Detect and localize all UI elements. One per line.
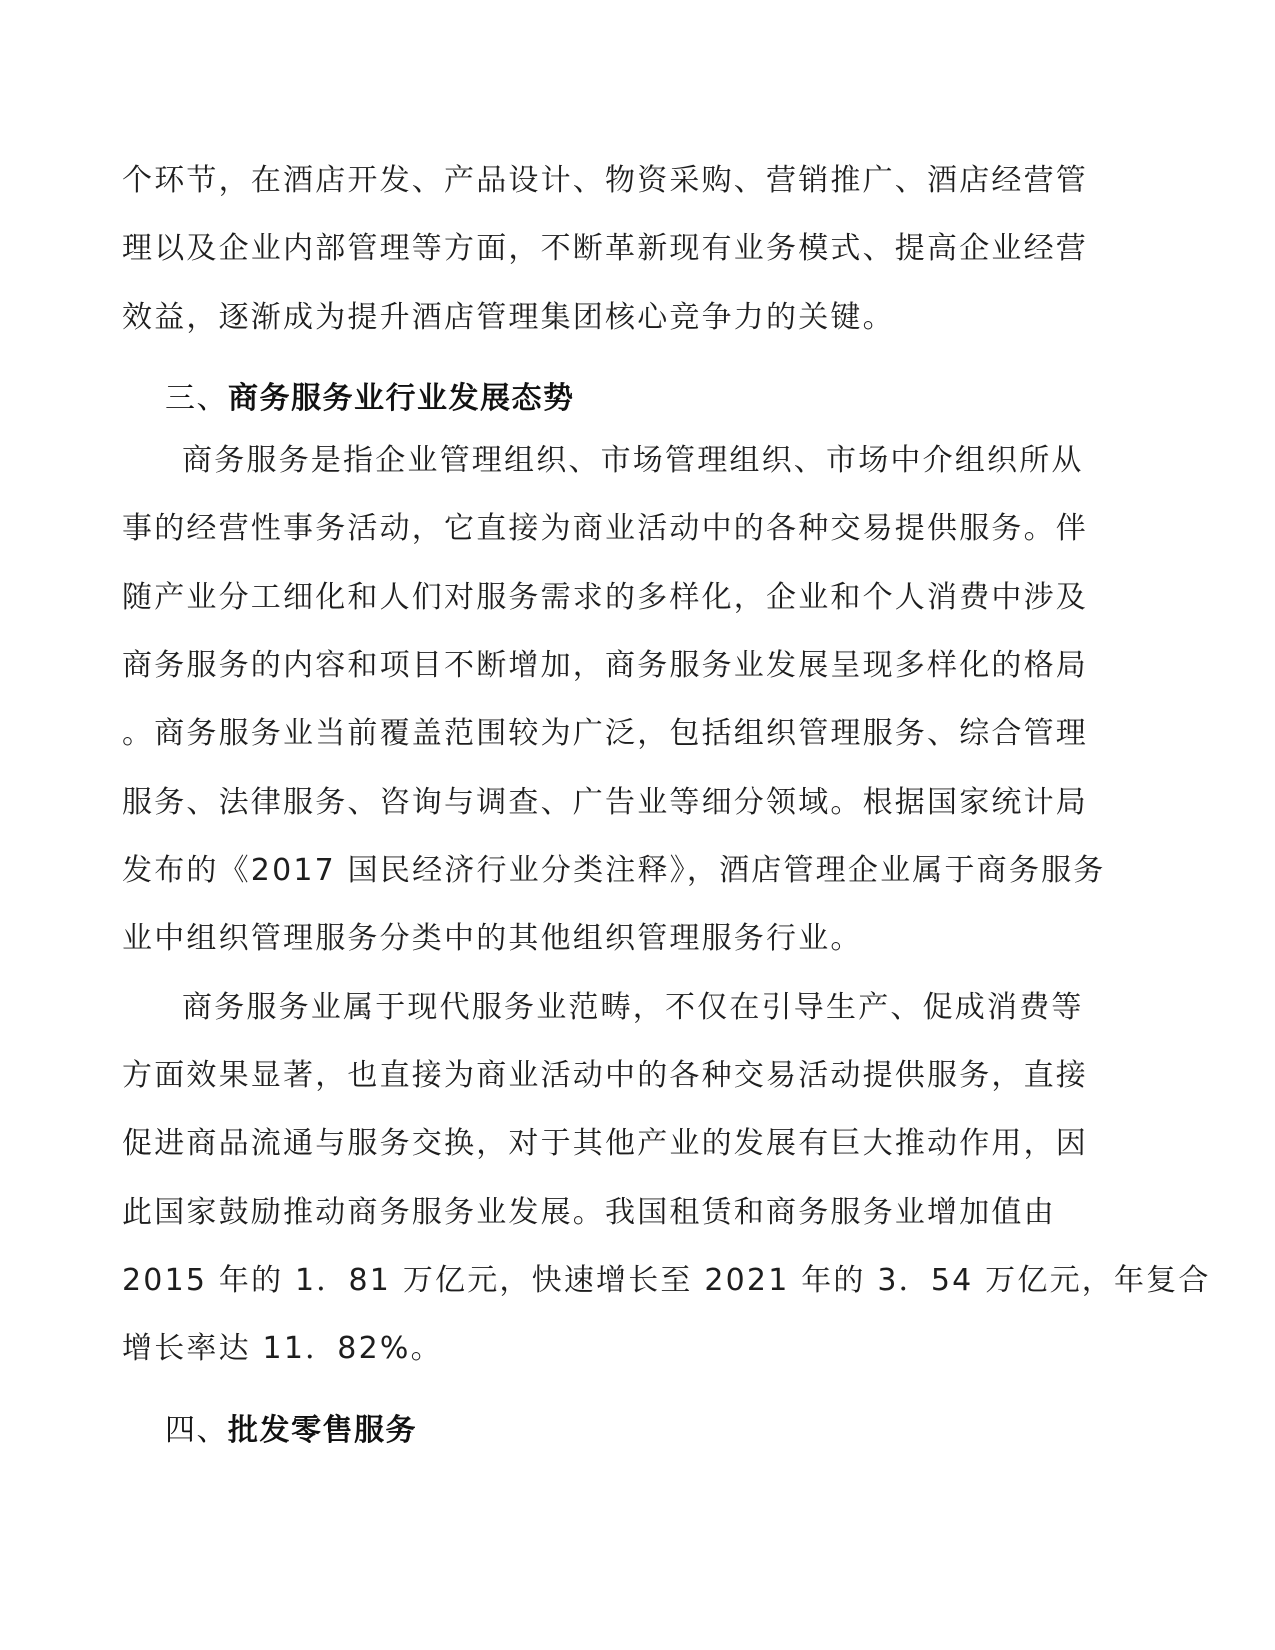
paragraph-line: 发布的《2017 国民经济行业分类注释》，酒店管理企业属于商务服务 [122, 853, 1105, 889]
paragraph-line: 理以及企业内部管理等方面，不断革新现有业务模式、提高企业经营 [122, 231, 1088, 267]
section-title: 批发零售服务 [228, 1413, 417, 1448]
paragraph-line: 促进商品流通与服务交换，对于其他产业的发展有巨大推动作用，因 [122, 1126, 1088, 1162]
paragraph-line: 方面效果显著，也直接为商业活动中的各种交易活动提供服务，直接 [122, 1058, 1088, 1094]
paragraph-line: 业中组织管理服务分类中的其他组织管理服务行业。 [122, 921, 863, 957]
section-number: 四、 [165, 1413, 228, 1448]
paragraph-line: 商务服务是指企业管理组织、市场管理组织、市场中介组织所从 [182, 443, 1084, 479]
section-heading-3: 三、商务服务业行业发展态势 [165, 381, 575, 417]
paragraph-line: 事的经营性事务活动，它直接为商业活动中的各种交易提供服务。伴 [122, 511, 1088, 547]
paragraph-line: 随产业分工细化和人们对服务需求的多样化，企业和个人消费中涉及 [122, 580, 1088, 616]
paragraph-line: 增长率达 11．82%。 [122, 1331, 443, 1367]
paragraph-line: 。商务服务业当前覆盖范围较为广泛，包括组织管理服务、综合管理 [122, 716, 1088, 752]
paragraph-line: 个环节，在酒店开发、产品设计、物资采购、营销推广、酒店经营管 [122, 163, 1088, 199]
paragraph-line: 商务服务的内容和项目不断增加，商务服务业发展呈现多样化的格局 [122, 648, 1088, 684]
section-number: 三、 [165, 381, 228, 416]
paragraph-line: 商务服务业属于现代服务业范畴，不仅在引导生产、促成消费等 [182, 990, 1084, 1026]
paragraph-line: 服务、法律服务、咨询与调查、广告业等细分领域。根据国家统计局 [122, 785, 1088, 821]
paragraph-line: 2015 年的 1．81 万亿元，快速增长至 2021 年的 3．54 万亿元，… [122, 1263, 1211, 1299]
paragraph-line: 效益，逐渐成为提升酒店管理集团核心竞争力的关键。 [122, 300, 895, 336]
document-page: 个环节，在酒店开发、产品设计、物资采购、营销推广、酒店经营管 理以及企业内部管理… [0, 0, 1275, 1650]
section-heading-4: 四、批发零售服务 [165, 1413, 417, 1449]
section-title: 商务服务业行业发展态势 [228, 381, 575, 416]
paragraph-line: 此国家鼓励推动商务服务业发展。我国租赁和商务服务业增加值由 [122, 1195, 1056, 1231]
